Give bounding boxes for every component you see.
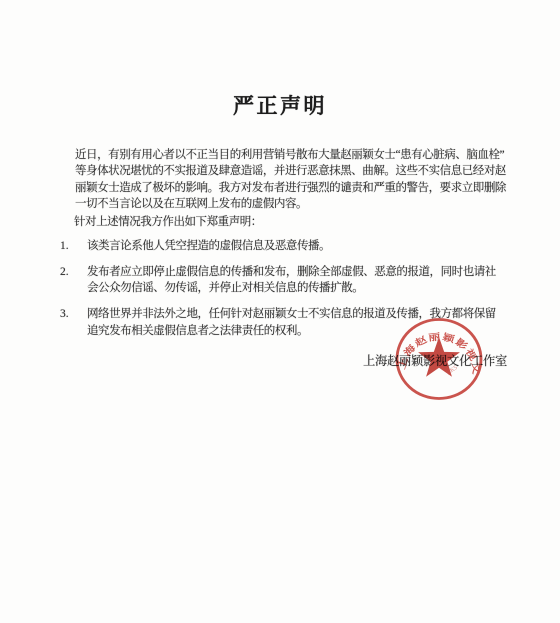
item-number: 1. xyxy=(60,238,87,254)
item-number: 3. xyxy=(60,306,87,322)
item-text: 该类言论系他人凭空捏造的虚假信息及恶意传播。 xyxy=(87,238,330,254)
statement-paragraph: 近日，有别有用心者以不正当目的利用营销号散布大量赵丽颖女士“患有心脏病、脑血栓”… xyxy=(75,147,525,213)
official-seal: 上海赵丽颖影视文化工作室 HK5 xyxy=(393,316,485,402)
declaration-lead: 针对上述情况我方作出如下郑重声明： xyxy=(74,214,262,230)
page-title: 严正声明 xyxy=(0,90,560,120)
list-item: 1. 该类言论系他人凭空捏造的虚假信息及恶意传播。 xyxy=(60,238,520,254)
statement-document: 严正声明 近日，有别有用心者以不正当目的利用营销号散布大量赵丽颖女士“患有心脏病… xyxy=(0,0,560,623)
list-item: 2. 发布者应立即停止虚假信息的传播和发布，删除全部虚假、恶意的报道，同时也请社… xyxy=(60,264,520,297)
item-text: 发布者应立即停止虚假信息的传播和发布，删除全部虚假、恶意的报道，同时也请社 会公… xyxy=(87,264,496,297)
item-number: 2. xyxy=(60,264,87,280)
